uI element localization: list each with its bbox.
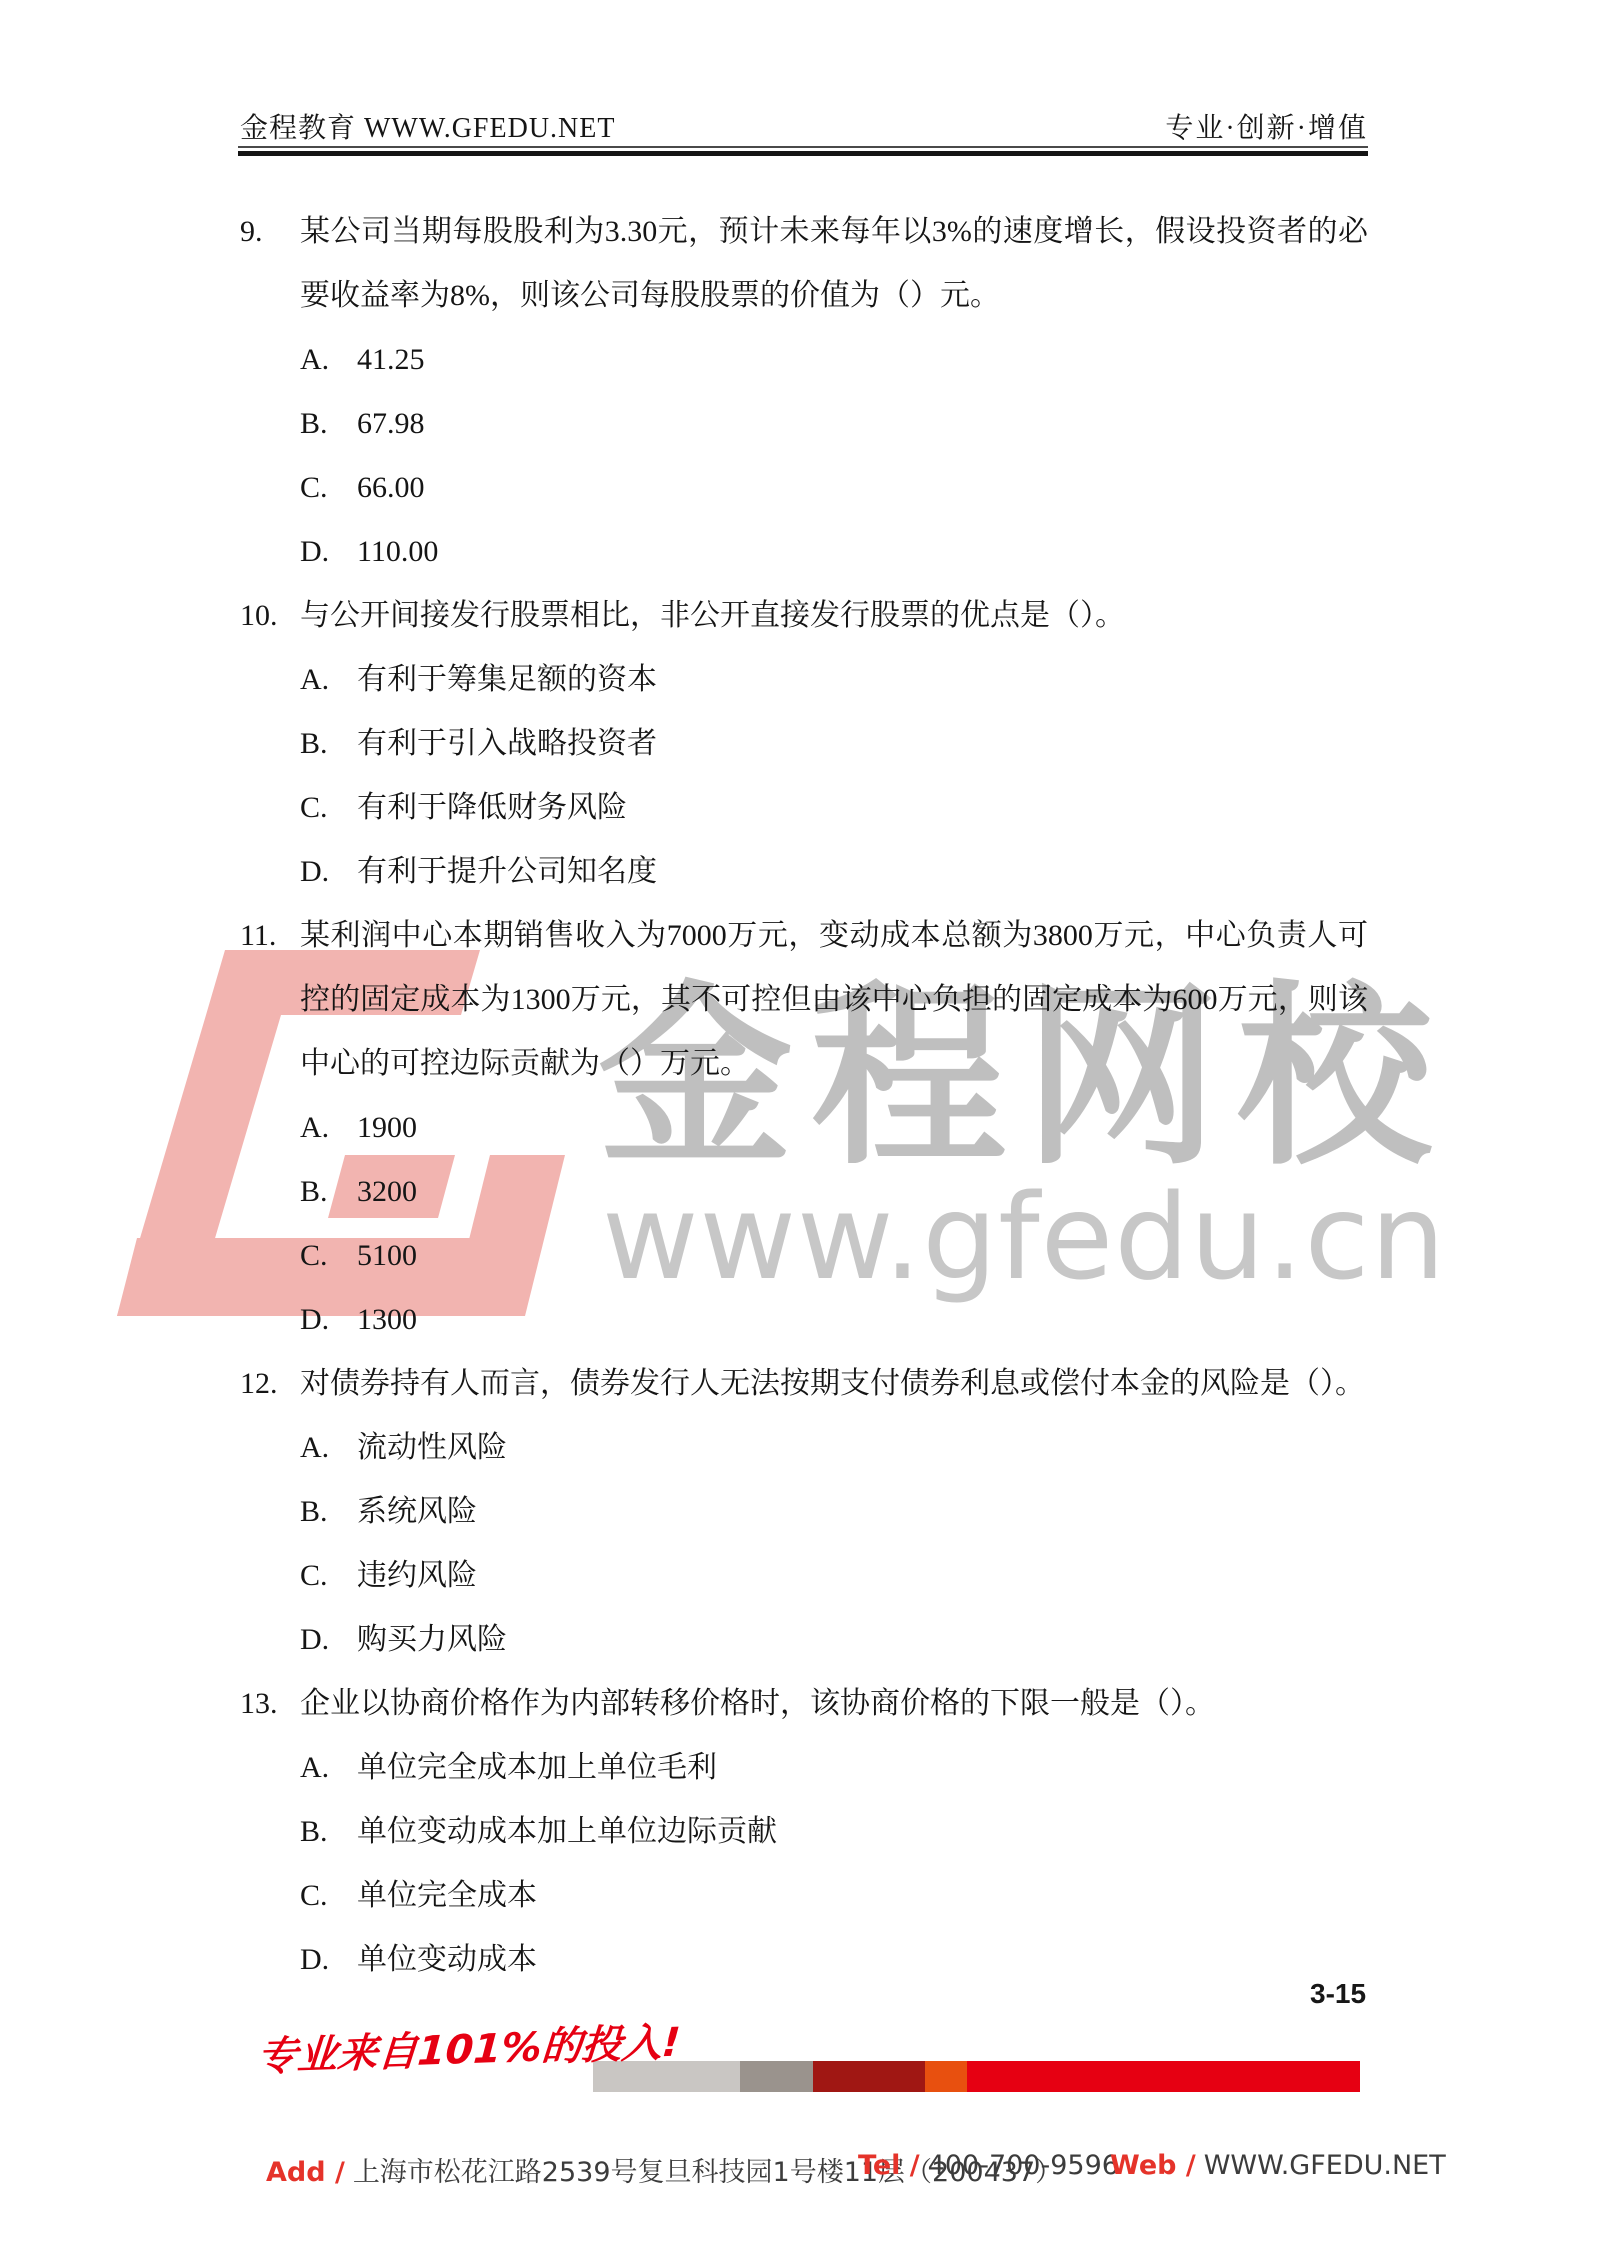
question-text: 对债券持有人而言，债券发行人无法按期支付债券利息或偿付本金的风险是（）。 xyxy=(300,1352,1368,1416)
option-row: C. 有利于降低财务风险 xyxy=(240,776,1368,840)
question-10: 10. 与公开间接发行股票相比，非公开直接发行股票的优点是（）。 A. 有利于筹… xyxy=(240,584,1368,904)
footer-bar-segment xyxy=(813,2061,925,2092)
option-label: A. xyxy=(300,328,357,392)
question-11: 11. 某利润中心本期销售收入为7000万元，变动成本总额为3800万元，中心负… xyxy=(240,904,1368,1352)
footer-tel-label: Tel / xyxy=(858,2150,920,2181)
option-label: C. xyxy=(300,1224,357,1288)
option-text: 违约风险 xyxy=(357,1544,1368,1608)
option-row: D. 有利于提升公司知名度 xyxy=(240,840,1368,904)
option-text: 单位变动成本 xyxy=(357,1928,1368,1992)
option-label: B. xyxy=(300,1800,357,1864)
page-number: 3-15 xyxy=(1310,1978,1366,2010)
question-number: 12. xyxy=(240,1352,300,1416)
document-page: 金程教育 WWW.GFEDU.NET 专业·创新·增值 金程网校 www.gfe… xyxy=(0,0,1600,2263)
option-label: C. xyxy=(300,1864,357,1928)
option-text: 67.98 xyxy=(357,392,1368,456)
footer-bar-segment xyxy=(740,2061,813,2092)
option-row: D. 110.00 xyxy=(240,520,1368,584)
option-text: 单位完全成本 xyxy=(357,1864,1368,1928)
option-text: 单位完全成本加上单位毛利 xyxy=(357,1736,1368,1800)
option-row: C. 单位完全成本 xyxy=(240,1864,1368,1928)
option-text: 1900 xyxy=(357,1096,1368,1160)
option-row: C. 5100 xyxy=(240,1224,1368,1288)
option-row: B. 系统风险 xyxy=(240,1480,1368,1544)
option-label: B. xyxy=(300,1160,357,1224)
option-label: B. xyxy=(300,712,357,776)
option-row: B. 单位变动成本加上单位边际贡献 xyxy=(240,1800,1368,1864)
option-row: B. 3200 xyxy=(240,1160,1368,1224)
question-number: 11. xyxy=(240,904,300,1096)
option-row: A. 流动性风险 xyxy=(240,1416,1368,1480)
option-text: 66.00 xyxy=(357,456,1368,520)
question-text: 某公司当期每股股利为3.30元，预计未来每年以3%的速度增长，假设投资者的必要收… xyxy=(300,200,1368,328)
option-label: D. xyxy=(300,840,357,904)
option-label: A. xyxy=(300,648,357,712)
option-label: A. xyxy=(300,1096,357,1160)
option-row: A. 1900 xyxy=(240,1096,1368,1160)
questions-list: 9. 某公司当期每股股利为3.30元，预计未来每年以3%的速度增长，假设投资者的… xyxy=(240,200,1368,1992)
option-text: 1300 xyxy=(357,1288,1368,1352)
question-13: 13. 企业以协商价格作为内部转移价格时，该协商价格的下限一般是（）。 A. 单… xyxy=(240,1672,1368,1992)
question-text: 某利润中心本期销售收入为7000万元，变动成本总额为3800万元，中心负责人可控… xyxy=(300,904,1368,1096)
option-text: 系统风险 xyxy=(357,1480,1368,1544)
option-text: 有利于引入战略投资者 xyxy=(357,712,1368,776)
footer-bar-segment xyxy=(967,2061,1360,2092)
option-label: C. xyxy=(300,456,357,520)
question-number: 9. xyxy=(240,200,300,328)
option-label: B. xyxy=(300,392,357,456)
question-line: 13. 企业以协商价格作为内部转移价格时，该协商价格的下限一般是（）。 xyxy=(240,1672,1368,1736)
option-row: A. 41.25 xyxy=(240,328,1368,392)
option-row: A. 单位完全成本加上单位毛利 xyxy=(240,1736,1368,1800)
footer-tel-text: 400-700-9596 xyxy=(928,2150,1119,2181)
question-number: 10. xyxy=(240,584,300,648)
option-text: 有利于提升公司知名度 xyxy=(357,840,1368,904)
option-label: D. xyxy=(300,1288,357,1352)
option-text: 购买力风险 xyxy=(357,1608,1368,1672)
question-text: 企业以协商价格作为内部转移价格时，该协商价格的下限一般是（）。 xyxy=(300,1672,1368,1736)
option-label: D. xyxy=(300,1608,357,1672)
option-label: B. xyxy=(300,1480,357,1544)
option-label: A. xyxy=(300,1736,357,1800)
option-text: 流动性风险 xyxy=(357,1416,1368,1480)
option-row: D. 1300 xyxy=(240,1288,1368,1352)
option-row: C. 66.00 xyxy=(240,456,1368,520)
option-label: D. xyxy=(300,1928,357,1992)
question-number: 13. xyxy=(240,1672,300,1736)
option-text: 5100 xyxy=(357,1224,1368,1288)
option-text: 41.25 xyxy=(357,328,1368,392)
footer-web-text: WWW.GFEDU.NET xyxy=(1204,2150,1446,2181)
option-label: C. xyxy=(300,776,357,840)
footer-bar-segment xyxy=(925,2061,967,2092)
question-line: 12. 对债券持有人而言，债券发行人无法按期支付债券利息或偿付本金的风险是（）。 xyxy=(240,1352,1368,1416)
footer-web: Web /WWW.GFEDU.NET xyxy=(1110,2150,1446,2181)
option-row: C. 违约风险 xyxy=(240,1544,1368,1608)
option-row: D. 单位变动成本 xyxy=(240,1928,1368,1992)
option-text: 有利于筹集足额的资本 xyxy=(357,648,1368,712)
option-row: B. 67.98 xyxy=(240,392,1368,456)
footer-contact-row: Add /上海市松花江路2539号复旦科技园1号楼11层（200437） Tel… xyxy=(0,2150,1600,2190)
question-line: 10. 与公开间接发行股票相比，非公开直接发行股票的优点是（）。 xyxy=(240,584,1368,648)
option-row: B. 有利于引入战略投资者 xyxy=(240,712,1368,776)
option-label: A. xyxy=(300,1416,357,1480)
question-9: 9. 某公司当期每股股利为3.30元，预计未来每年以3%的速度增长，假设投资者的… xyxy=(240,200,1368,584)
option-row: D. 购买力风险 xyxy=(240,1608,1368,1672)
option-text: 单位变动成本加上单位边际贡献 xyxy=(357,1800,1368,1864)
question-line: 11. 某利润中心本期销售收入为7000万元，变动成本总额为3800万元，中心负… xyxy=(240,904,1368,1096)
option-label: C. xyxy=(300,1544,357,1608)
footer-address-label: Add / xyxy=(266,2157,345,2188)
option-text: 3200 xyxy=(357,1160,1368,1224)
option-row: A. 有利于筹集足额的资本 xyxy=(240,648,1368,712)
option-text: 110.00 xyxy=(357,520,1368,584)
footer-bar xyxy=(593,2061,1360,2092)
footer-tel: Tel /400-700-9596 xyxy=(858,2150,1119,2181)
option-label: D. xyxy=(300,520,357,584)
footer-web-label: Web / xyxy=(1110,2150,1196,2181)
question-text: 与公开间接发行股票相比，非公开直接发行股票的优点是（）。 xyxy=(300,584,1368,648)
option-text: 有利于降低财务风险 xyxy=(357,776,1368,840)
question-line: 9. 某公司当期每股股利为3.30元，预计未来每年以3%的速度增长，假设投资者的… xyxy=(240,200,1368,328)
question-12: 12. 对债券持有人而言，债券发行人无法按期支付债券利息或偿付本金的风险是（）。… xyxy=(240,1352,1368,1672)
